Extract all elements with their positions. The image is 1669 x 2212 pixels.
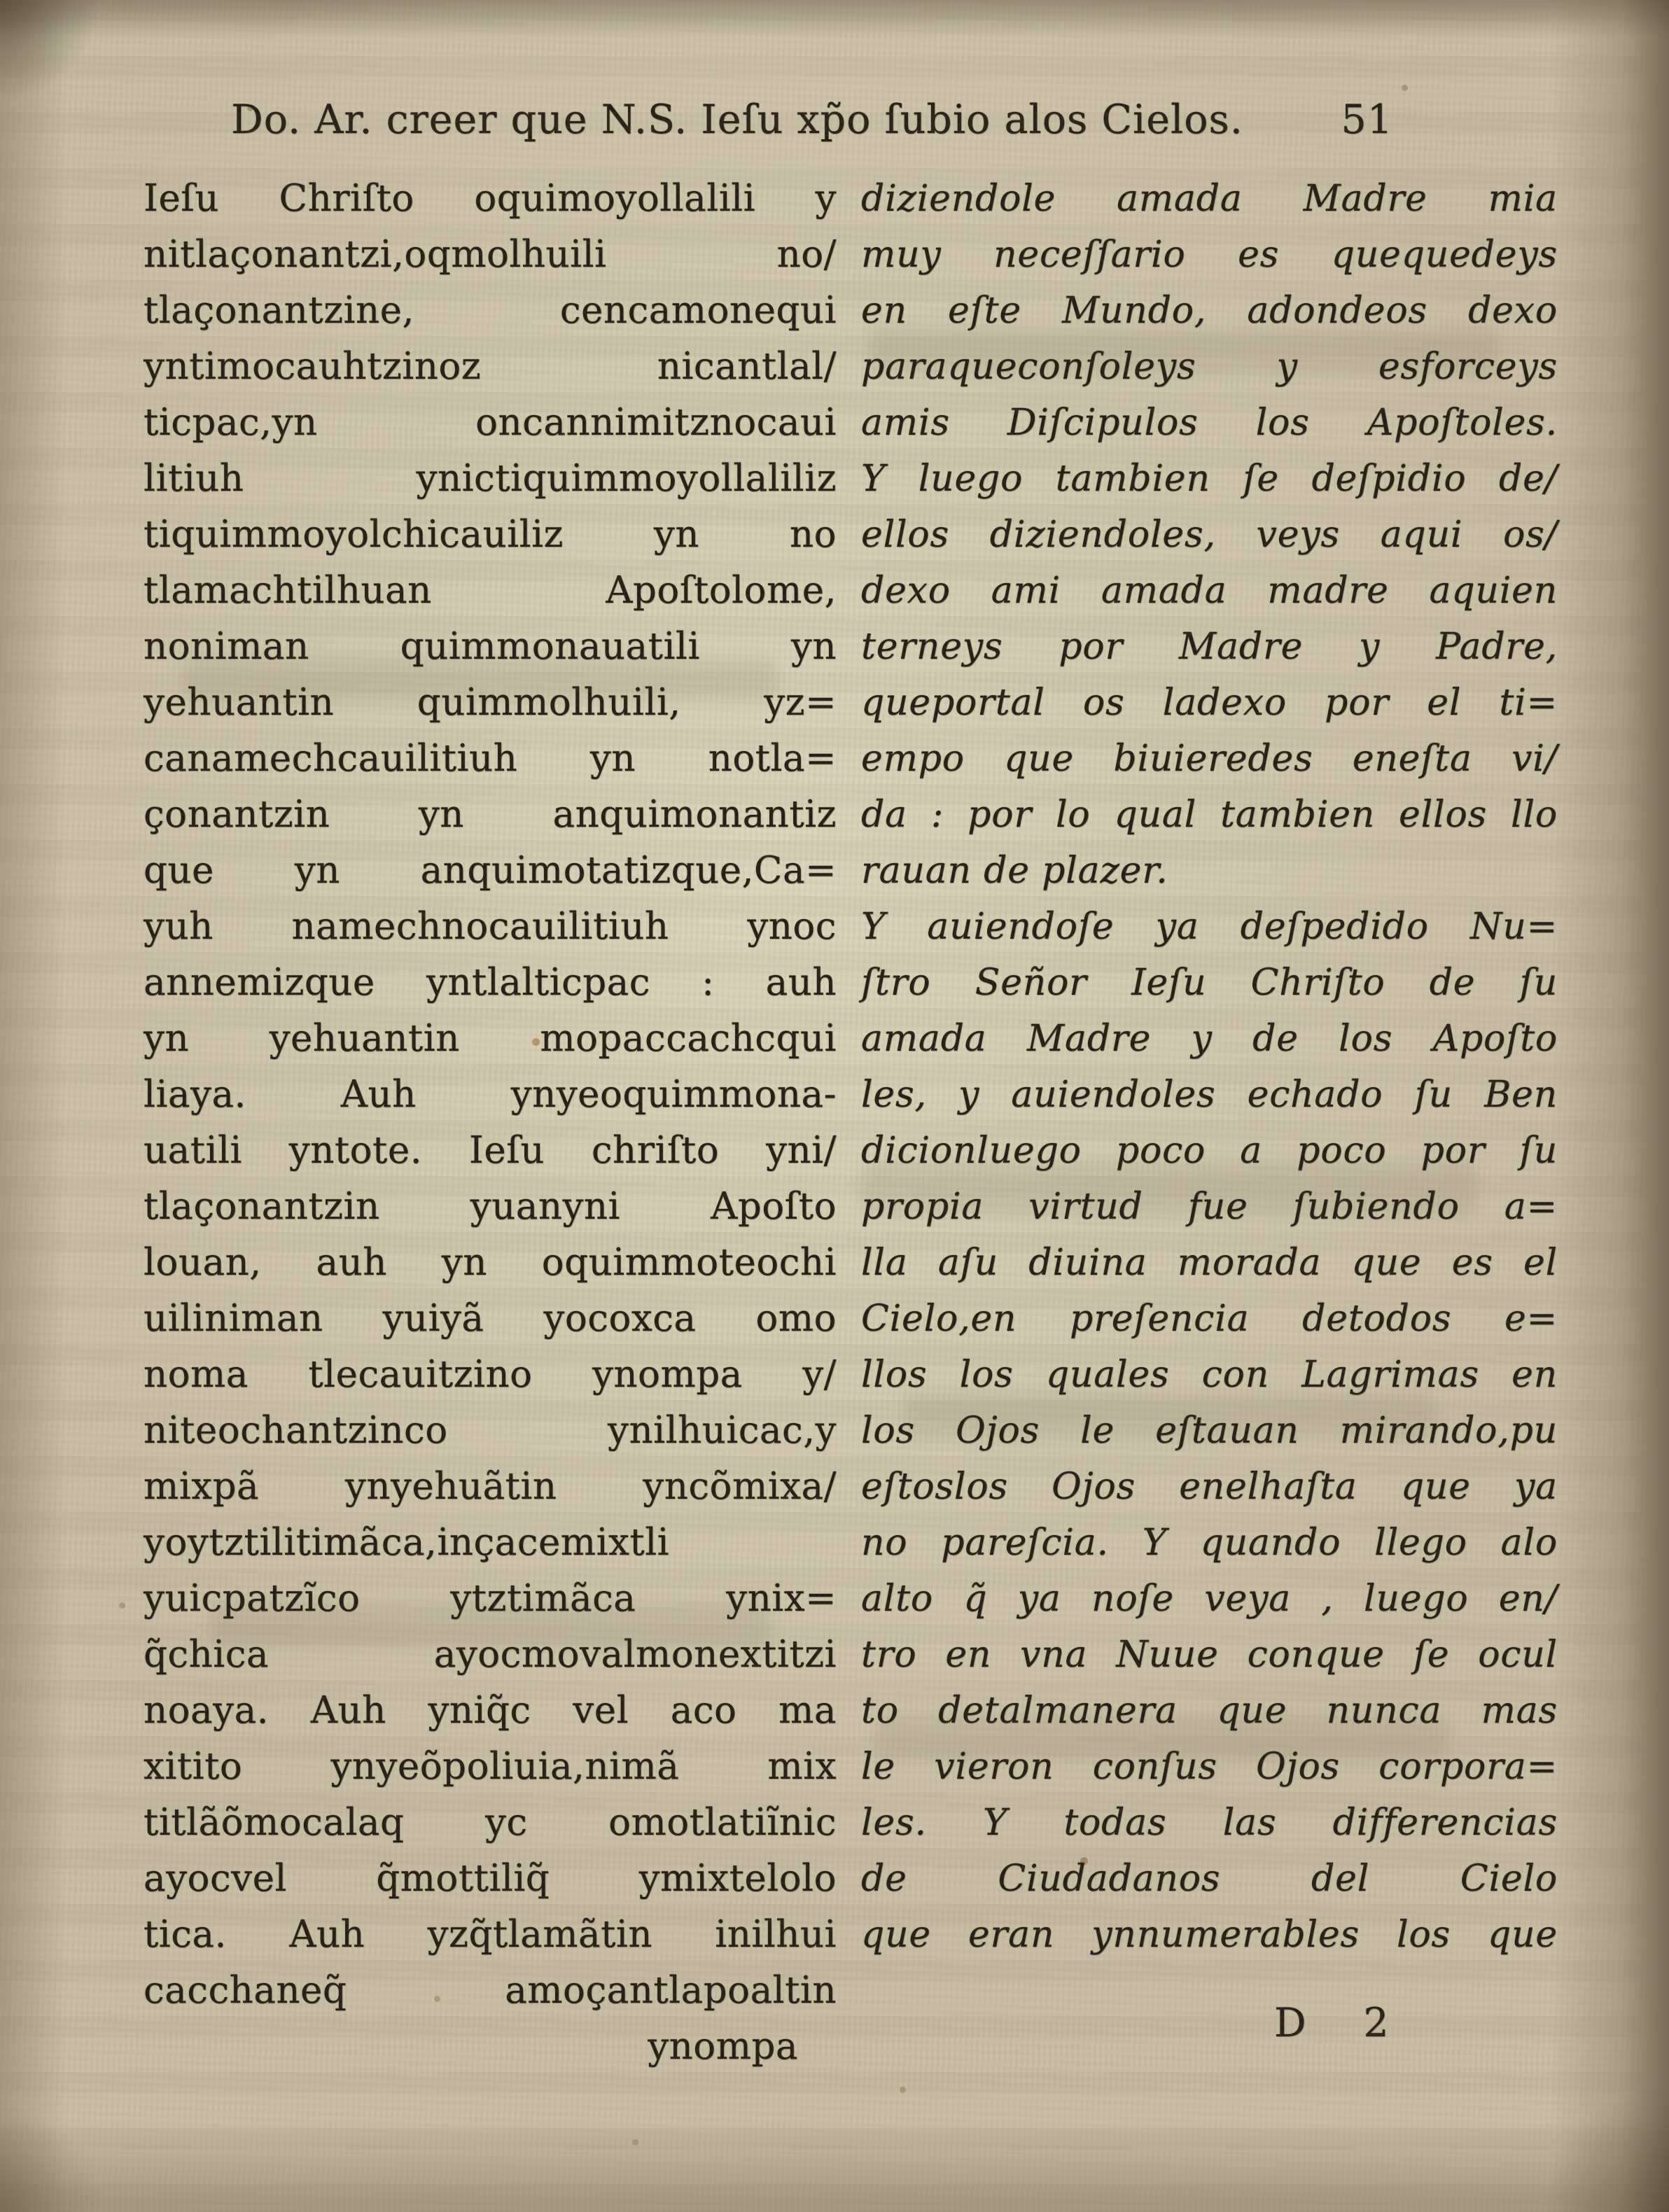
- text-line: q̃chica ayocmovalmonextitzi: [144, 1627, 837, 1683]
- text-line: yoytztilitimãca,inçacemixtli: [144, 1515, 837, 1571]
- text-line: noniman quimmonauatili yn: [144, 619, 837, 675]
- text-line: propia virtud fue ſubiendo a=: [861, 1179, 1558, 1235]
- left-column-lines: Ieſu Chriſto oquimoyollalili ynitlaçonan…: [144, 171, 837, 2075]
- text-line: eſtoslos Ojos enelhaſta que ya: [861, 1459, 1558, 1515]
- text-line: ſtro Señor Ieſu Chriſto de ſu: [861, 955, 1558, 1011]
- scanned-book-page: { "colors": { "paper": "#cbc1a8", "ink":…: [0, 0, 1669, 2212]
- text-line: Y luego tambien ſe deſpidio de/: [861, 451, 1558, 507]
- text-line: lla aſu diuina morada que es el: [861, 1235, 1558, 1291]
- text-line: Ieſu Chriſto oquimoyollalili y: [144, 171, 837, 227]
- text-line: yntimocauhtzinoz nicantlal/: [144, 339, 837, 395]
- text-line: terneys por Madre y Padre,: [861, 619, 1558, 675]
- text-line: yuh namechnocauilitiuh ynoc: [144, 899, 837, 955]
- signature-mark: D 2: [1274, 1995, 1558, 2051]
- text-line: dicionluego poco a poco por ſu: [861, 1123, 1558, 1179]
- text-line: yn yehuantin mopaccachcqui: [144, 1011, 837, 1067]
- text-line: no pareſcia. Y quando llego alo: [861, 1515, 1558, 1571]
- text-block: Ieſu Chriſto oquimoyollalili ynitlaçonan…: [144, 171, 1558, 2075]
- text-line: amada Madre y de los Apoſto: [861, 1011, 1558, 1067]
- text-line: tiquimmoyolchicauiliz yn no: [144, 507, 837, 563]
- text-line: uiliniman yuiyã yocoxca omo: [144, 1291, 837, 1347]
- text-line: tro en vna Nuue conque ſe ocul: [861, 1627, 1558, 1683]
- text-line: mixpã ynyehuãtin yncõmixa/: [144, 1459, 837, 1515]
- text-line: liaya. Auh ynyeoquimmona-: [144, 1067, 837, 1123]
- text-line: ticpac,yn oncannimitznocaui: [144, 395, 837, 451]
- text-line: tlaçonantzine, cencamonequi: [144, 283, 837, 339]
- text-line: litiuh ynictiquimmoyollaliliz: [144, 451, 837, 507]
- text-line: que yn anquimotatizque,Ca=: [144, 843, 837, 899]
- text-line: louan, auh yn oquimmoteochi: [144, 1235, 837, 1291]
- text-line: ayocvel q̃mottiliq̃ ymixtelolo: [144, 1851, 837, 1907]
- text-line: tlamachtilhuan Apoſtolome,: [144, 563, 837, 619]
- text-line: rauan de plazer.: [861, 843, 1558, 899]
- text-line: que eran ynnumerables los que: [861, 1907, 1558, 1963]
- text-line: alto q̃ ya noſe veya , luego en/: [861, 1571, 1558, 1627]
- text-line: ynompa: [144, 2019, 837, 2075]
- text-line: les, y auiendoles echado ſu Ben: [861, 1067, 1558, 1123]
- text-line: çonantzin yn anquimonantiz: [144, 787, 837, 843]
- text-line: yehuantin quimmolhuili, yz=: [144, 675, 837, 731]
- text-line: cacchaneq̃ amoçantlapoaltin: [144, 1963, 837, 2019]
- text-line: los Ojos le eſtauan mirando,pu: [861, 1403, 1558, 1459]
- paper-stain-speckles: [0, 0, 4, 3]
- right-column: diziendole amada Madre miamuy neceſſario…: [861, 171, 1558, 2075]
- text-line: muy neceſſario es quequedeys: [861, 227, 1558, 283]
- text-line: amis Diſcipulos los Apoſtoles.: [861, 395, 1558, 451]
- text-line: Cielo,en preſencia detodos e=: [861, 1291, 1558, 1347]
- text-line: paraqueconſoleys y esforceys: [861, 339, 1558, 395]
- text-line: tica. Auh yzq̃tlamãtin inilhui: [144, 1907, 837, 1963]
- text-line: niteochantzinco ynilhuicac,y: [144, 1403, 837, 1459]
- text-line: llos los quales con Lagrimas en: [861, 1347, 1558, 1403]
- page-number: 51: [1341, 97, 1393, 143]
- text-line: le vieron conſus Ojos corpora=: [861, 1739, 1558, 1795]
- text-line: uatili yntote. Ieſu chriſto yni/: [144, 1123, 837, 1179]
- text-line: noma tlecauitzino ynompa y/: [144, 1347, 837, 1403]
- right-column-lines: diziendole amada Madre miamuy neceſſario…: [861, 171, 1558, 1963]
- text-line: empo que biuieredes eneſta vi/: [861, 731, 1558, 787]
- text-line: diziendole amada Madre mia: [861, 171, 1558, 227]
- text-line: nitlaçonantzi,oqmolhuili no/: [144, 227, 837, 283]
- text-line: yuicpatzĩco ytztimãca ynix=: [144, 1571, 837, 1627]
- text-line: de Ciudadanos del Cielo: [861, 1851, 1558, 1907]
- text-line: to detalmanera que nunca mas: [861, 1683, 1558, 1739]
- running-header: Do. Ar. creer que N.S. Ieſu xp̃o ſubio a…: [231, 97, 1393, 143]
- text-line: tlaçonantzin yuanyni Apoſto: [144, 1179, 837, 1235]
- text-line: canamechcauilitiuh yn notla=: [144, 731, 837, 787]
- text-line: queportal os ladexo por el ti=: [861, 675, 1558, 731]
- text-line: xitito ynyeõpoliuia,nimã mix: [144, 1739, 837, 1795]
- text-line: les. Y todas las differencias: [861, 1795, 1558, 1851]
- text-line: noaya. Auh yniq̃c vel aco ma: [144, 1683, 837, 1739]
- text-line: Y auiendoſe ya deſpedido Nu=: [861, 899, 1558, 955]
- text-line: titlãõmocalaq yc omotlatiĩnic: [144, 1795, 837, 1851]
- text-line: en eſte Mundo, adondeos dexo: [861, 283, 1558, 339]
- text-line: annemizque yntlalticpac : auh: [144, 955, 837, 1011]
- running-header-title: Do. Ar. creer que N.S. Ieſu xp̃o ſubio a…: [231, 97, 1243, 143]
- left-column: Ieſu Chriſto oquimoyollalili ynitlaçonan…: [144, 171, 837, 2075]
- text-line: da : por lo qual tambien ellos llo: [861, 787, 1558, 843]
- text-line: dexo ami amada madre aquien: [861, 563, 1558, 619]
- text-line: ellos diziendoles, veys aqui os/: [861, 507, 1558, 563]
